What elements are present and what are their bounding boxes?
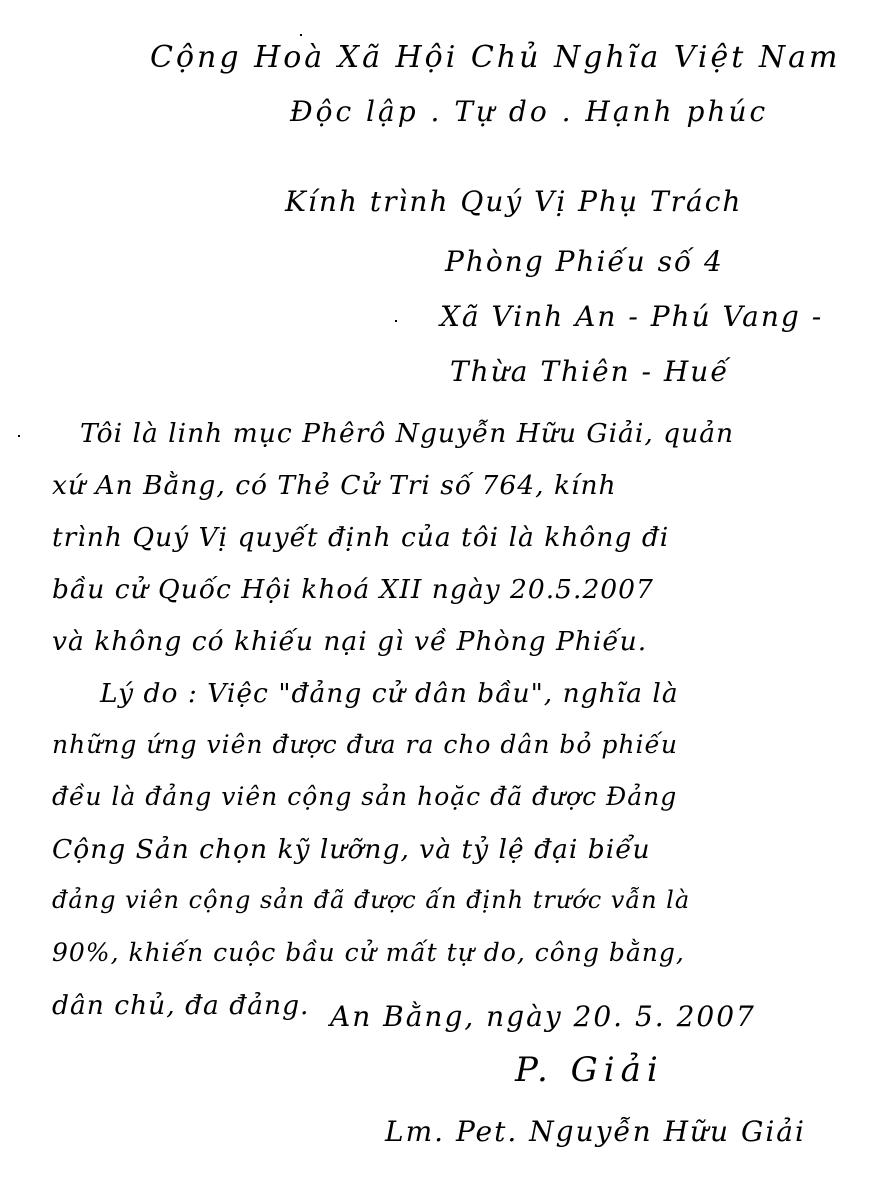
body-line-9: Cộng Sản chọn kỹ lưỡng, và tỷ lệ đại biể… [52, 834, 651, 865]
national-title: Cộng Hoà Xã Hội Chủ Nghĩa Việt Nam [150, 40, 840, 75]
signed-name: Lm. Pet. Nguyễn Hữu Giải [385, 1115, 806, 1148]
addressee-line-2: Phòng Phiếu số 4 [445, 245, 724, 278]
letter-page: Cộng Hoà Xã Hội Chủ Nghĩa Việt Nam Độc l… [0, 0, 894, 1184]
body-line-6: Lý do : Việc "đảng cử dân bầu", nghĩa là [100, 678, 679, 709]
addressee-line-4: Thừa Thiên - Huế [450, 355, 730, 388]
body-line-11: 90%, khiến cuộc bầu cử mất tự do, công b… [52, 938, 685, 967]
body-line-5: và không có khiếu nại gì về Phòng Phiếu. [52, 626, 647, 657]
body-line-12: dân chủ, đa đảng. [52, 990, 309, 1021]
scan-speck [395, 320, 397, 322]
body-line-1: Tôi là linh mục Phêrô Nguyễn Hữu Giải, q… [80, 418, 734, 449]
body-line-7: những ứng viên được đưa ra cho dân bỏ ph… [52, 730, 678, 759]
body-line-8: đều là đảng viên cộng sản hoặc đã được Đ… [52, 782, 677, 811]
national-motto: Độc lập . Tự do . Hạnh phúc [290, 95, 768, 128]
signature: P. Giải [515, 1050, 664, 1090]
addressee-line-3: Xã Vinh An - Phú Vang - [440, 300, 823, 333]
place-date: An Bằng, ngày 20. 5. 2007 [330, 1000, 756, 1033]
body-line-10: đảng viên cộng sản đã được ấn định trước… [52, 886, 690, 914]
scan-speck [300, 34, 302, 36]
addressee-line-1: Kính trình Quý Vị Phụ Trách [285, 185, 742, 218]
body-line-4: bầu cử Quốc Hội khoá XII ngày 20.5.2007 [52, 574, 654, 605]
body-line-3: trình Quý Vị quyết định của tôi là không… [52, 522, 669, 553]
body-line-2: xứ An Bằng, có Thẻ Cử Tri số 764, kính [52, 470, 617, 501]
scan-speck [18, 435, 20, 437]
